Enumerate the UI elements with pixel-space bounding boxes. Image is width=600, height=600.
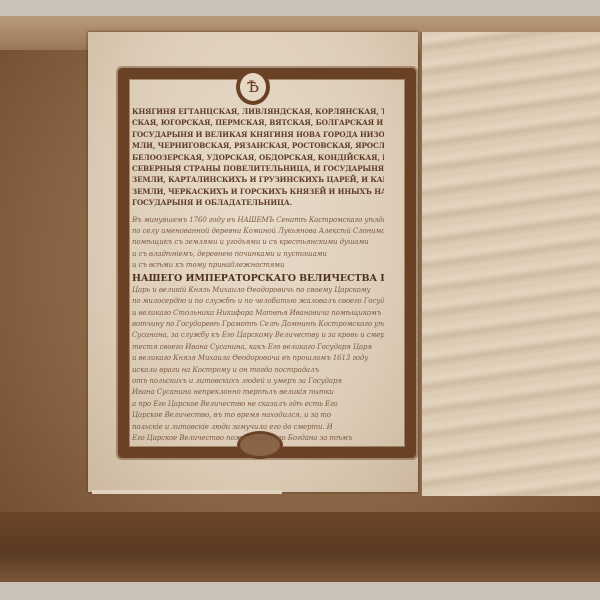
body-line: помѣщикъ съ землями и угодьями и съ крес… xyxy=(132,237,384,248)
body-line: и великаго Стольника Никифора Матвѣя Ива… xyxy=(132,308,384,319)
page-edge xyxy=(92,490,282,494)
body-line: по селу именованной деревни Коминой Лукь… xyxy=(132,226,384,237)
title-line: ГОСУДАРЫНЯ И ОБЛАДАТЕЛЬНИЦА. xyxy=(132,197,384,208)
heading-line: НАШЕГО ИМПЕРАТОРСКАГО ВЕЛИЧЕСТВА Государ… xyxy=(132,272,384,285)
title-line: СКАЯ, ЮГОРСКАЯ, ПЕРМСКАЯ, ВЯТСКАЯ, БОЛГА… xyxy=(132,117,384,128)
title-line: ГОСУДАРЫНЯ И ВЕЛИКАЯ КНЯГИНЯ НОВА ГОРОДА… xyxy=(132,129,384,140)
background-bottom xyxy=(0,512,600,582)
body-line: польскіе и литовскіе люди замучили его д… xyxy=(132,422,384,433)
monogram-emblem-icon: Ѣ xyxy=(236,69,270,105)
body-line: по милосердію и по службѣ и по челобитью… xyxy=(132,296,384,307)
body-line: Царское Величество, въ то время находилс… xyxy=(132,410,384,421)
body-line: и великаго Князя Михаила Ѳеодоровича въ … xyxy=(132,353,384,364)
manuscript-text: КНЯГИНЯ ЕГТАНЦСКАЯ, ЛИВЛЯНДСКАЯ, КОРЛЯНС… xyxy=(132,106,384,444)
title-line: СЕВЕРНЫЯ СТРАНЫ ПОВЕЛИТЕЛЬНИЦА, И ГОСУДА… xyxy=(132,163,384,174)
body-line: Сусанина, за службу къ Его Царскому Вели… xyxy=(132,330,384,341)
body-line: отъ польскихъ и литовскихъ людей и умеръ… xyxy=(132,376,384,387)
body-line: а про Его Царское Величество не сказалъ … xyxy=(132,399,384,410)
body-line: Въ минувшемъ 1760 году въ НАШЕМЪ Сенатѣ … xyxy=(132,215,384,226)
body-line: тестя своего Ивана Сусанина, какъ Его ве… xyxy=(132,342,384,353)
body-line: и съ всѣми къ тому принадлежностями xyxy=(132,260,384,271)
body-line: и съ владѣніемъ, деревнею починками и пу… xyxy=(132,249,384,260)
body-line: Его Царское Величество пожаловалъ его Бо… xyxy=(132,433,384,444)
title-line: БЕЛООЗЕРСКАЯ, УДОРСКАЯ, ОБДОРСКАЯ, КОНДІ… xyxy=(132,152,384,163)
body-line: Ивана Сусанина непреклонно терпѣлъ велик… xyxy=(132,387,384,398)
body-line: искали враги на Кострому и он тогда пост… xyxy=(132,365,384,376)
manuscript-right-page xyxy=(420,32,600,496)
body-line: вотчину по Государевѣ Грамотѣ Селѣ Домни… xyxy=(132,319,384,330)
title-line: ЗЕМЛИ, ЧЕРКАСКИХЪ И ГОРСКИХЪ КНЯЗЕЙ И ИН… xyxy=(132,186,384,197)
title-line: МЛИ, ЧЕРНИГОВСКАЯ, РЯЗАНСКАЯ, РОСТОВСКАЯ… xyxy=(132,140,384,151)
title-line: ЗЕМЛИ, КАРТАЛИНСКИХЪ И ГРУЗИНСКИХЪ ЦАРЕЙ… xyxy=(132,174,384,185)
title-line: КНЯГИНЯ ЕГТАНЦСКАЯ, ЛИВЛЯНДСКАЯ, КОРЛЯНС… xyxy=(132,106,384,117)
body-line: Царь и великій Князь Михаило Ѳеодоровичь… xyxy=(132,285,384,296)
